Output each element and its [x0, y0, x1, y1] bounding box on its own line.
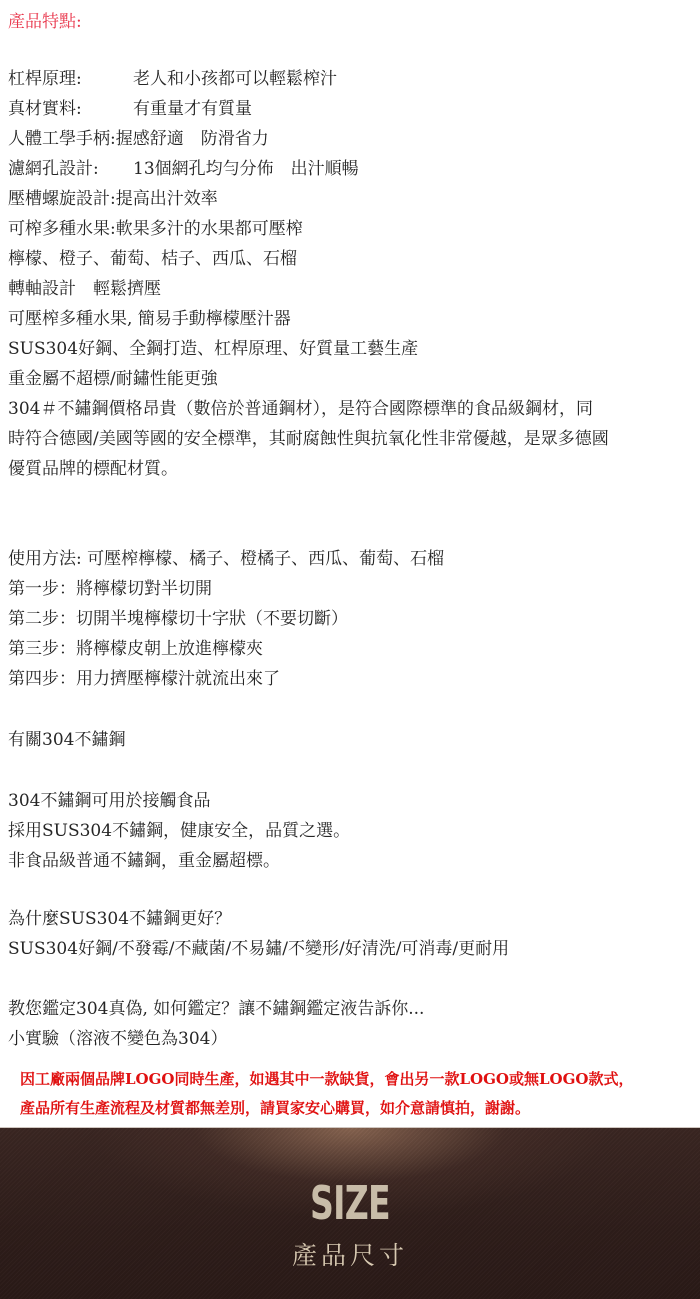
size-title: SIZE [98, 1176, 602, 1230]
feature-spiral: 壓槽螺旋設計:提高出汁效率 [8, 189, 218, 209]
text-line: 304＃不鏽鋼價格昂貴（數倍於普通鋼材），是符合國際標準的食品級鋼材，同 [8, 399, 593, 419]
feature-value: 握感舒適 防滑省力 [116, 129, 269, 149]
notice-line: 產品所有生產流程及材質都無差別，請買家安心購買，如介意請慎拍，謝謝。 [20, 1099, 530, 1117]
product-features-heading: 產品特點: [8, 12, 82, 32]
feature-value: 13個網孔均勻分佈 出汁順暢 [133, 159, 359, 179]
feature-value: 提高出汁效率 [116, 189, 218, 209]
feature-label: 真材實料: [8, 99, 133, 119]
text-line: 優質品牌的標配材質。 [8, 459, 178, 479]
text-line: 時符合德國/美國等國的安全標準，其耐腐蝕性與抗氧化性非常優越，是眾多德國 [8, 429, 609, 449]
feature-handle: 人體工學手柄:握感舒適 防滑省力 [8, 129, 269, 149]
fruits-list: 檸檬、橙子、葡萄、桔子、西瓜、石榴 [8, 249, 297, 269]
test-line: 教您鑑定304真偽, 如何鑑定？讓不鏽鋼鑑定液告訴你... [8, 999, 424, 1019]
feature-label: 可榨多種水果: [8, 219, 116, 239]
usage-step-4: 第四步：用力擠壓檸檬汁就流出來了 [8, 669, 280, 689]
usage-method: 使用方法: 可壓榨檸檬、橘子、橙橘子、西瓜、葡萄、石榴 [8, 549, 444, 569]
feature-label: 壓槽螺旋設計: [8, 189, 116, 209]
why-304-answer: SUS304好鋼/不發霉/不藏菌/不易鏽/不變形/好清洗/可消毒/更耐用 [8, 939, 509, 959]
text-line: 重金屬不超標/耐鏽性能更強 [8, 369, 218, 389]
feature-label: 濾網孔設計: [8, 159, 133, 179]
feature-value: 軟果多汁的水果都可壓榨 [116, 219, 303, 239]
feature-lever: 杠桿原理:老人和小孩都可以輕鬆榨汁 [8, 69, 337, 89]
text-line: SUS304好鋼、全鋼打造、杠桿原理、好質量工藝生產 [8, 339, 418, 359]
notice-line: 因工廠兩個品牌LOGO同時生產，如遇其中一款缺貨，會出另一款LOGO或無LOGO… [20, 1070, 633, 1088]
text-line: 轉軸設計 輕鬆擠壓 [8, 279, 161, 299]
feature-material: 真材實料:有重量才有質量 [8, 99, 252, 119]
about-line: 非食品級普通不鏽鋼，重金屬超標。 [8, 851, 280, 871]
feature-filter: 濾網孔設計:13個網孔均勻分佈 出汁順暢 [8, 159, 359, 179]
feature-label: 杠桿原理: [8, 69, 133, 89]
text-line: 可壓榨多種水果, 簡易手動檸檬壓汁器 [8, 309, 291, 329]
feature-label: 人體工學手柄: [8, 129, 116, 149]
feature-value: 有重量才有質量 [133, 99, 252, 119]
test-line: 小實驗（溶液不變色為304） [8, 1029, 227, 1049]
why-304-question: 為什麼SUS304不鏽鋼更好？ [8, 909, 231, 929]
feature-value: 老人和小孩都可以輕鬆榨汁 [133, 69, 337, 89]
about-304-title: 有關304不鏽鋼 [8, 730, 125, 750]
size-banner: SIZE 產品尺寸 [0, 1127, 700, 1299]
size-subtitle: 產品尺寸 [0, 1236, 700, 1272]
usage-step-1: 第一步：將檸檬切對半切開 [8, 579, 212, 599]
usage-step-2: 第二步：切開半塊檸檬切十字狀（不要切斷） [8, 609, 348, 629]
about-line: 304不鏽鋼可用於接觸食品 [8, 791, 210, 811]
feature-fruits: 可榨多種水果:軟果多汁的水果都可壓榨 [8, 219, 303, 239]
usage-step-3: 第三步：將檸檬皮朝上放進檸檬夾 [8, 639, 263, 659]
about-line: 採用SUS304不鏽鋼，健康安全，品質之選。 [8, 821, 350, 841]
